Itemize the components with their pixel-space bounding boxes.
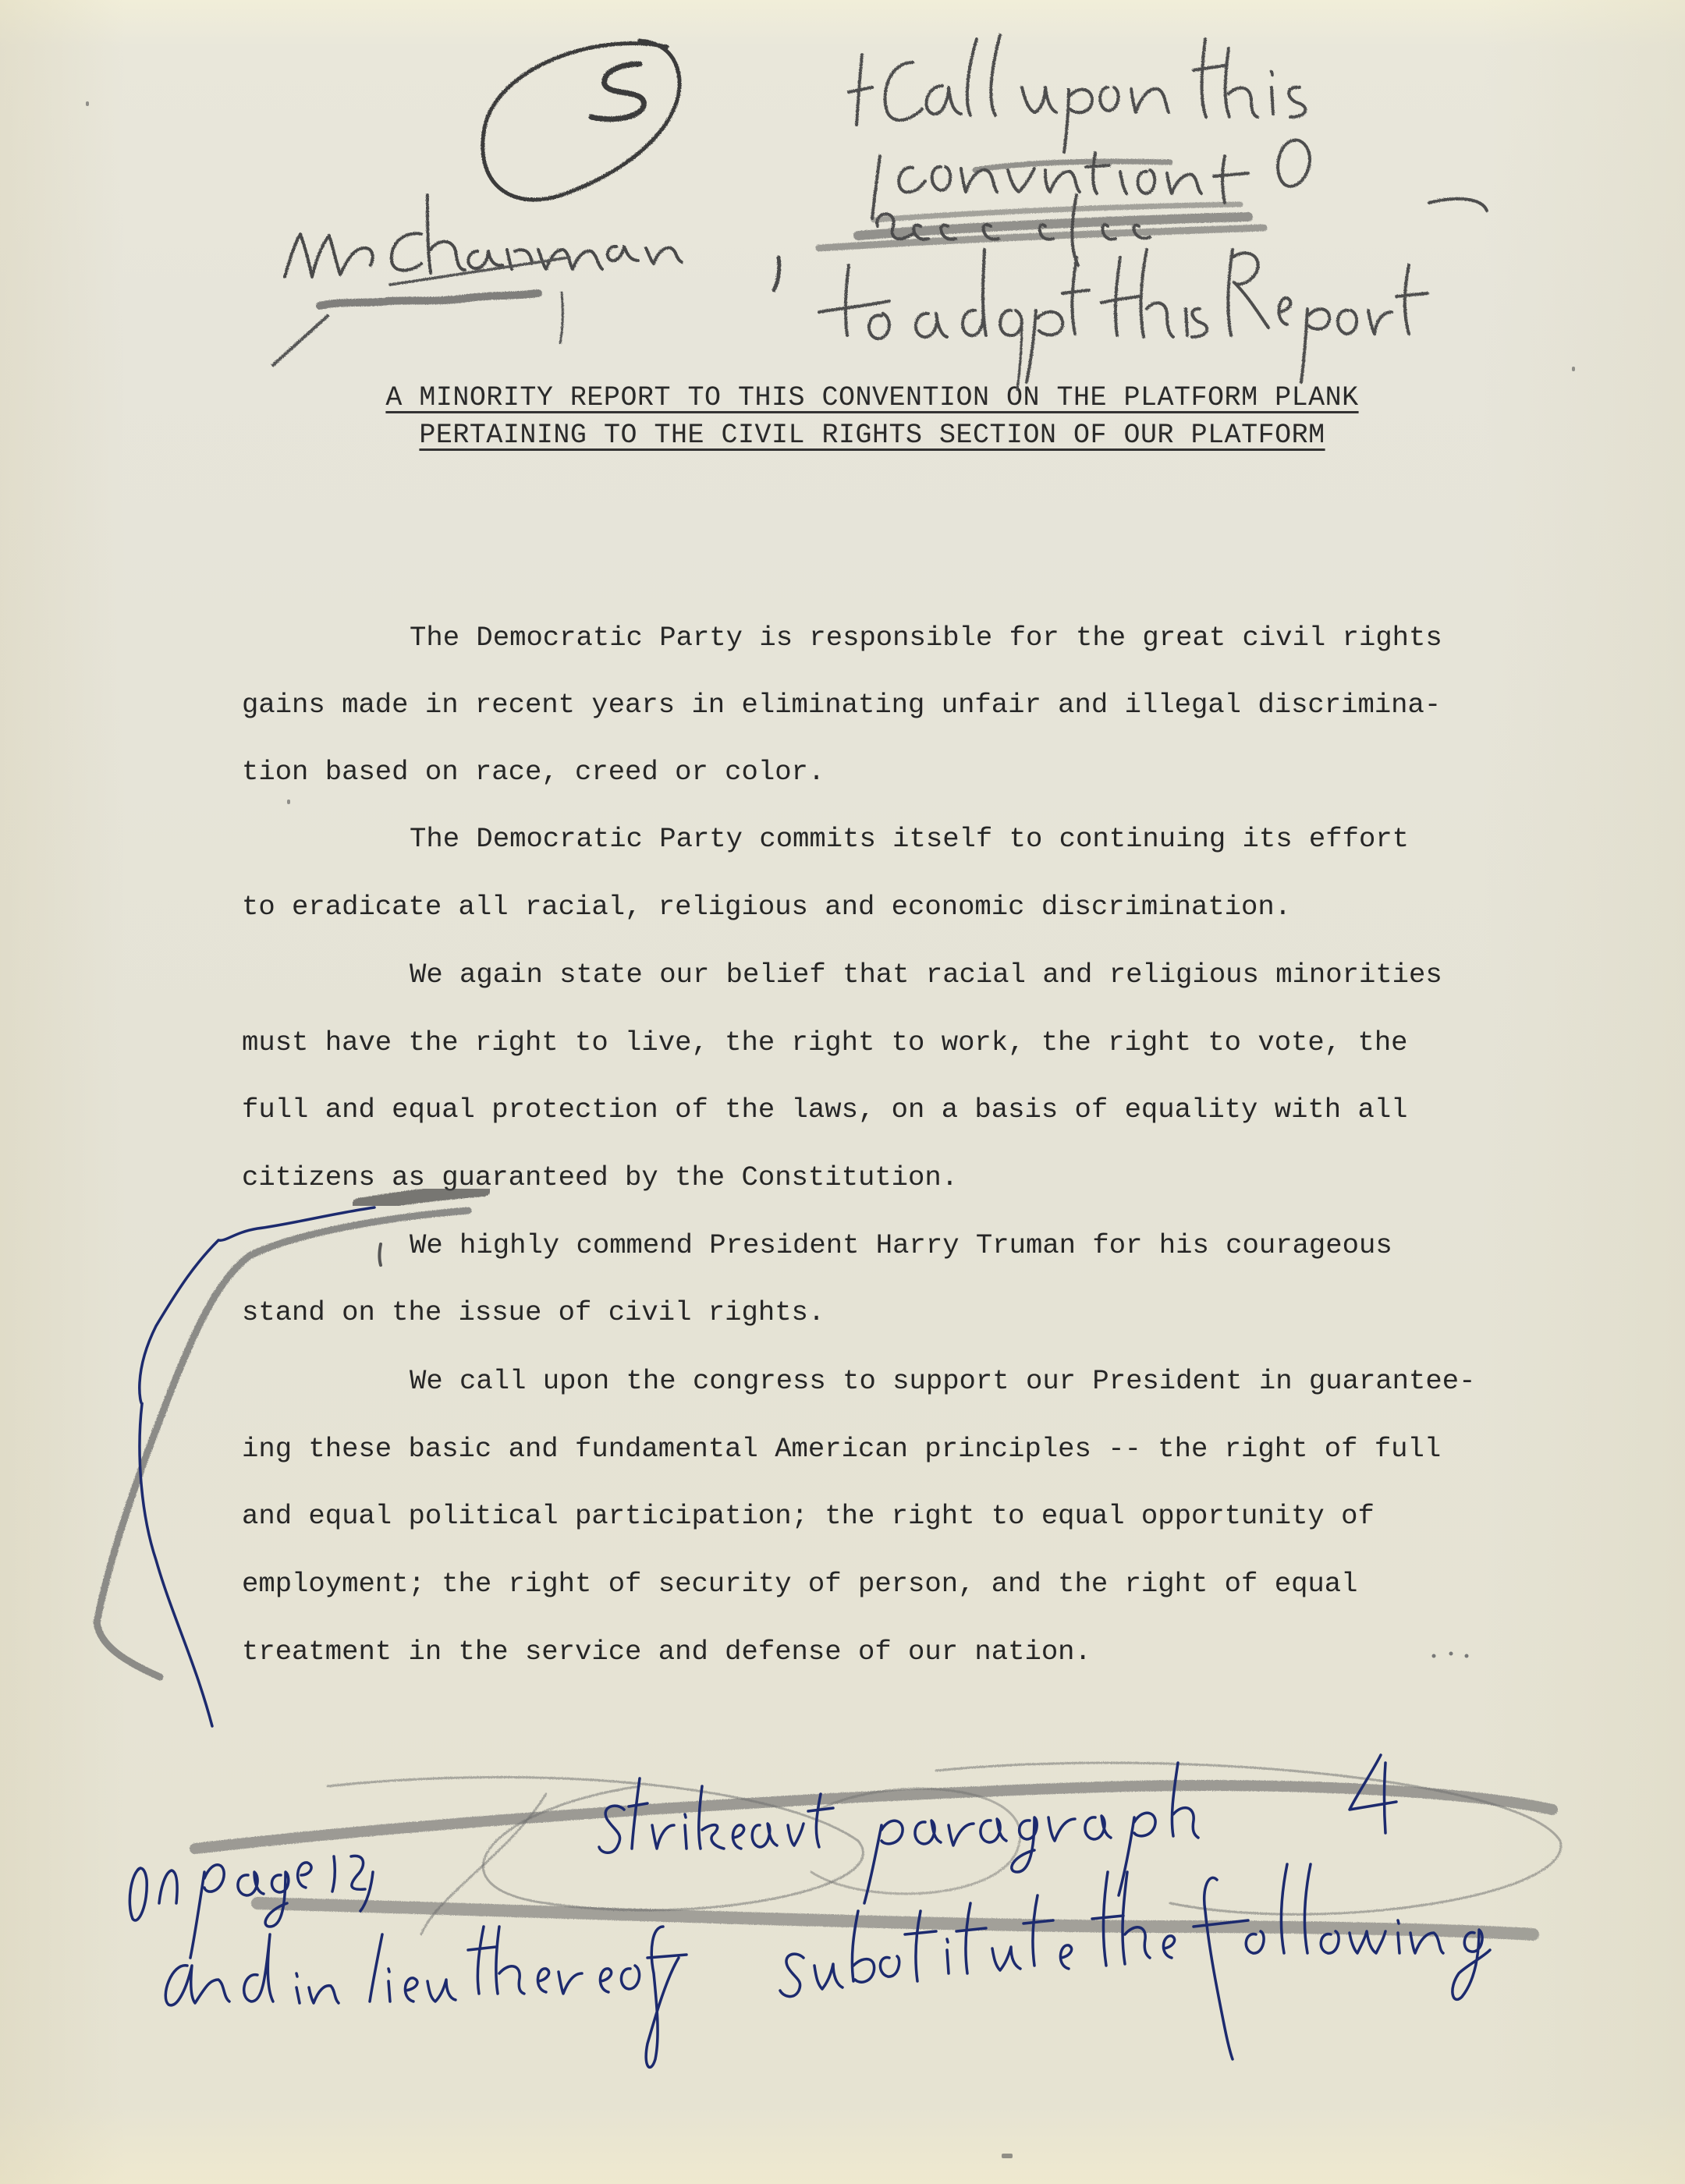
p5-line-2: ing these basic and fundamental American… [242,1434,1441,1465]
p3-line-3: full and equal protection of the laws, o… [242,1094,1408,1126]
pencil-scribbles-footer [195,1763,1561,1934]
p1-line-2: gains made in recent years in eliminatin… [242,690,1441,721]
struck-word-minority [273,257,569,365]
handwritten-footer-ink [129,1755,1490,2067]
document-page: A MINORITY REPORT TO THIS CONVENTION ON … [0,0,1685,2184]
paper-speck [1002,2154,1013,2158]
handwritten-annotations [0,0,1685,2184]
p4-line-2: stand on the issue of civil rights. [242,1297,825,1328]
p3-line-1: We again state our belief that racial an… [410,959,1442,991]
report-title: A MINORITY REPORT TO THIS CONVENTION ON … [373,381,1371,452]
title-line-1: A MINORITY REPORT TO THIS CONVENTION ON … [373,381,1371,415]
p5-line-5: treatment in the service and defense of … [242,1636,1091,1668]
salutation-mr-chairman [285,195,779,290]
p1-line-3: tion based on race, creed or color. [242,757,825,788]
p3-line-4: citizens as guaranteed by the Constituti… [242,1162,958,1193]
p2-line-2: to eradicate all racial, religious and e… [242,892,1291,923]
p1-line-1: The Democratic Party is responsible for … [410,622,1442,654]
ellipsis-dots [1432,1652,1469,1658]
p3-line-2: must have the right to live, the right t… [242,1027,1408,1058]
p2-line-1: The Democratic Party commits itself to c… [410,824,1409,855]
p5-line-1: We call upon the congress to support our… [410,1366,1475,1397]
paper-speck [86,101,89,106]
handwritten-call-to-adopt [819,35,1487,390]
paper-speck [287,799,290,804]
circled-page-number [483,41,679,200]
p5-line-3: and equal political participation; the r… [242,1501,1375,1532]
paper-speck [1572,367,1575,371]
p5-line-4: employment; the right of security of per… [242,1569,1357,1600]
title-line-2: PERTAINING TO THE CIVIL RIGHTS SECTION O… [373,418,1371,452]
p4-line-1: We highly commend President Harry Truman… [410,1230,1392,1261]
